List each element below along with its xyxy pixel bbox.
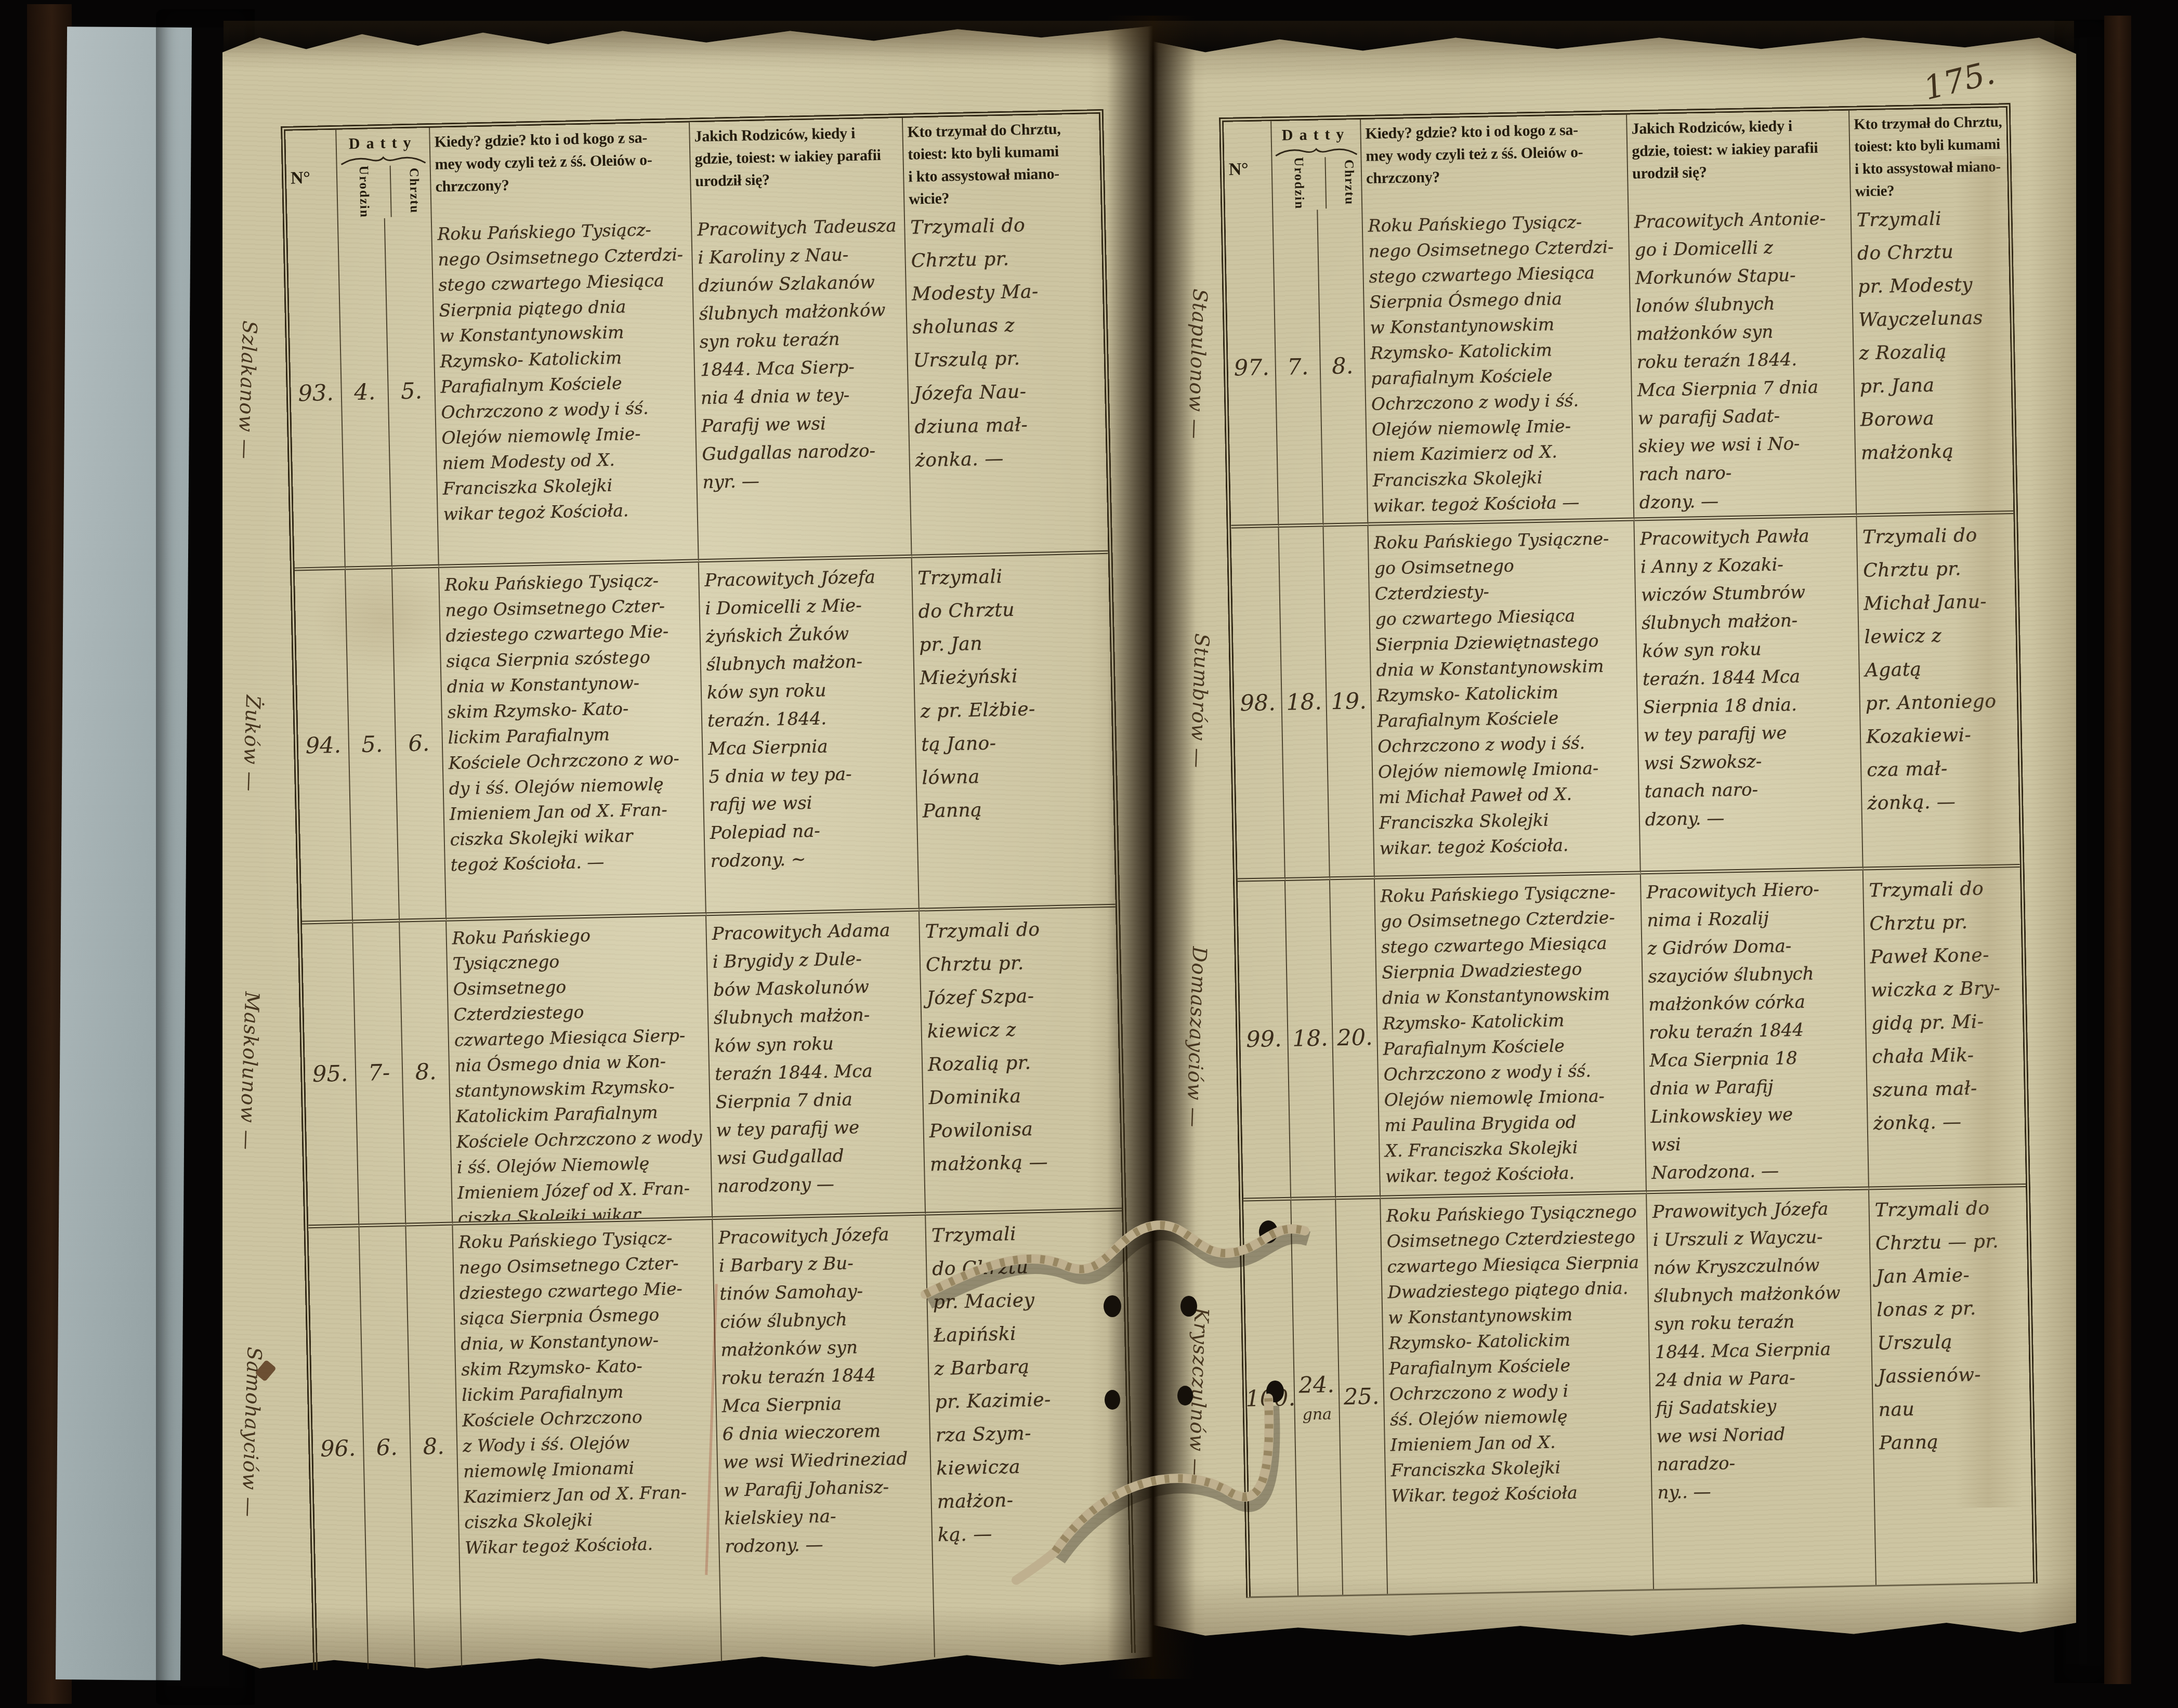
entry-number: 93. <box>298 380 334 406</box>
baptism-date: 8. <box>1332 353 1354 379</box>
subcol-urodzin: Urodzin <box>337 166 392 218</box>
entry-100-baptism-cell: Roku Pańskiego Tysiącznego Osimsetnego C… <box>1381 1194 1654 1594</box>
birth-date: 6. <box>376 1435 398 1461</box>
parents-record-text: Pracowitych Pawła i Anny z Kozaki- wiczó… <box>1640 521 1857 834</box>
entry-93-birth-cell: 4. <box>338 218 392 570</box>
baptism-date: 8. <box>415 1059 437 1085</box>
godparents-record-text: Trzymali do Chrztu — pr. Jan Amie- lonas… <box>1874 1191 2025 1460</box>
entry-99-parents-cell: Pracowitych Hiero- nima i Rozalij z Gidr… <box>1641 871 1869 1194</box>
baptism-record-text: Roku Pańskiego Tysiącz- nego Osimsetnego… <box>437 216 692 527</box>
baptism-record-text: Roku Pańskiego Tysiącz- nego Osimsetnego… <box>1368 208 1628 519</box>
header-godparents-col: Kto trzymał do Chrztu, toiest: kto byli … <box>1849 108 2008 200</box>
entry-94-parents-cell: Pracowitych Józefa i Domicelli z Mie- ży… <box>699 558 920 916</box>
baptism-record-text: Roku Pańskiego Tysiącz- nego Osimsetnego… <box>458 1224 714 1560</box>
entry-93-godparents-cell: Trzymali do Chrztu pr. Modesty Ma- sholu… <box>905 203 1108 558</box>
header-baptism-col: Kiedy? gdzie? kto i od kogo z sa- mey wo… <box>1361 115 1629 209</box>
header-urodzin-label: Urodzin <box>352 165 376 218</box>
baptism-date: 25. <box>1344 1384 1380 1410</box>
entry-number: 97. <box>1234 354 1269 381</box>
header-parents-col: Jakich Rodziców, kiedy i gdzie, toiest: … <box>690 118 905 212</box>
entry-100-parents-cell: Prawowitych Józefa i Urszuli z Wayczu- n… <box>1647 1190 1877 1589</box>
entry-95-parents-cell: Pracowitych Adama i Brygidy z Dule- bów … <box>706 912 926 1220</box>
entry-95-baptism-cell: Roku Pańskiego Tysiącznego Osimsetnego C… <box>447 916 713 1225</box>
right-register-table: N° Datty Urodzin Chrztu Kiedy? gdzie? kt… <box>1219 103 2038 1598</box>
header-datty-label: Datty <box>348 132 417 155</box>
birth-date: 7- <box>368 1060 390 1086</box>
header-no-label: N° <box>291 166 333 190</box>
entry-97-birth-cell: 7. <box>1273 210 1323 528</box>
header-no-label: N° <box>1228 157 1267 180</box>
entry-94-number-cell: 94. <box>295 570 353 925</box>
entry-96-number-cell: 96. <box>308 1227 369 1670</box>
header-no: N° <box>285 130 338 220</box>
header-urodzin-label: Urodzin <box>1287 157 1310 210</box>
header-parents-text: Jakich Rodziców, kiedy i gdzie, toiest: … <box>694 121 899 192</box>
entry-99-baptism-cell: Roku Pańskiego Tysiączne- go Osimsetnego… <box>1375 874 1647 1199</box>
entry-100-godparents-cell: Trzymali do Chrztu — pr. Jan Amie- lonas… <box>1869 1187 2033 1585</box>
entry-98-parents-cell: Pracowitych Pawła i Anny z Kozaki- wiczó… <box>1634 517 1863 875</box>
parents-record-text: Pracowitych Hiero- nima i Rozalij z Gidr… <box>1646 875 1863 1187</box>
register-scan: 175. N° Datty Urodzin Chrztu Kiedy? gdzi… <box>0 0 2178 1708</box>
subcol-urodzin: Urodzin <box>1272 157 1327 209</box>
datty-brace-icon <box>1274 145 1359 158</box>
entry-96-baptism-cell: Roku Pańskiego Tysiącz- nego Osimsetnego… <box>453 1220 722 1667</box>
header-baptism-text: Kiedy? gdzie? kto i od kogo z sa- mey wo… <box>1365 118 1623 190</box>
birth-date: 5. <box>361 731 383 758</box>
datty-subcolumns: Urodzin Chrztu <box>337 165 431 218</box>
entry-94-baptism-cell: Roku Pańskiego Tysiącz- nego Osimsetnego… <box>439 562 706 921</box>
entry-93-baptism-cell: Roku Pańskiego Tysiącz- nego Osimsetnego… <box>432 212 699 568</box>
entry-99-birth-cell: 18. <box>1285 880 1336 1200</box>
header-parents-text: Jakich Rodziców, kiedy i gdzie, toiest: … <box>1631 114 1845 185</box>
entry-96-parents-cell: Pracowitych Józefa i Barbary z Bu- tinów… <box>713 1215 935 1661</box>
entry-98-number-cell: 98. <box>1231 528 1285 882</box>
birth-date: 7. <box>1287 353 1309 380</box>
birth-date: 18. <box>1292 1025 1328 1052</box>
entry-96-birth-cell: 6. <box>359 1226 415 1669</box>
birth-date: 18. <box>1286 689 1322 715</box>
godparents-record-text: Trzymali do Chrztu pr. Modesty Ma- sholu… <box>910 207 1101 477</box>
entry-97-number-cell: 97. <box>1225 211 1279 529</box>
entry-97-godparents-cell: Trzymali do Chrztu pr. Modesty Wayczelun… <box>1851 197 2013 517</box>
godparents-record-text: Trzymali do Chrztu pr. Modesty Wayczelun… <box>1856 201 2007 470</box>
header-godparents-text: Kto trzymał do Chrztu, toiest: kto byli … <box>1854 111 2003 200</box>
entry-number: 95. <box>312 1061 348 1087</box>
entry-98-baptism-date-cell: 19. <box>1323 526 1374 880</box>
baptism-date: 20. <box>1337 1024 1373 1051</box>
entry-97-baptism-cell: Roku Pańskiego Tysiącz- nego Osimsetnego… <box>1362 204 1634 526</box>
parents-record-text: Pracowitych Antonie- go i Domicelli z Mo… <box>1634 204 1851 517</box>
entry-98-godparents-cell: Trzymali do Chrztu pr. Michał Janu- lewi… <box>1857 514 2019 870</box>
entry-99-number-cell: 99. <box>1238 881 1291 1202</box>
header-chrztu-label: Chrztu <box>1337 159 1361 205</box>
godparents-record-text: Trzymali do Chrztu pr. Jan Mieżyński z p… <box>917 558 1109 828</box>
binding-cord <box>993 1170 1326 1617</box>
header-godparents-col: Kto trzymał do Chrztu, toiest: kto byli … <box>903 114 1101 207</box>
entry-96-baptism-date-cell: 8. <box>406 1226 462 1668</box>
subcol-chrztu: Chrztu <box>391 165 432 217</box>
header-no: N° <box>1224 121 1273 212</box>
entry-93-parents-cell: Pracowitych Tadeusza i Karoliny z Nau- d… <box>692 207 912 562</box>
parents-record-text: Pracowitych Józefa i Barbary z Bu- tinów… <box>718 1220 926 1561</box>
header-baptism-text: Kiedy? gdzie? kto i od kogo z sa- mey wo… <box>434 126 686 198</box>
header-baptism-col: Kiedy? gdzie? kto i od kogo z sa- mey wo… <box>430 123 691 217</box>
entry-94-godparents-cell: Trzymali do Chrztu pr. Jan Mieżyński z p… <box>912 554 1116 912</box>
baptism-record-text: Roku Pańskiego Tysiącznego Osimsetnego C… <box>1386 1198 1646 1508</box>
entry-number: 96. <box>320 1436 356 1462</box>
entry-97-parents-cell: Pracowitych Antonie- go i Domicelli z Mo… <box>1629 200 1857 521</box>
subcol-chrztu: Chrztu <box>1326 156 1362 209</box>
entry-number: 99. <box>1246 1026 1282 1053</box>
header-datty: Datty Urodzin Chrztu <box>1271 120 1362 211</box>
parents-record-text: Pracowitych Tadeusza i Karoliny z Nau- d… <box>697 212 904 496</box>
baptism-date: 6. <box>408 730 430 757</box>
parents-record-text: Pracowitych Adama i Brygidy z Dule- bów … <box>712 916 919 1201</box>
entry-93-number-cell: 93. <box>287 219 346 571</box>
baptism-date: 5. <box>401 378 423 404</box>
header-godparents-text: Kto trzymał do Chrztu, toiest: kto byli … <box>907 117 1097 207</box>
baptism-record-text: Roku Pańskiego Tysiącznego Osimsetnego C… <box>452 920 707 1225</box>
entry-number: 94. <box>305 732 341 758</box>
baptism-record-text: Roku Pańskiego Tysiączne- go Osimsetnego… <box>1380 879 1641 1189</box>
godparents-record-text: Trzymali do Chrztu pr. Józef Szpa- kiewi… <box>925 912 1116 1181</box>
entry-95-number-cell: 95. <box>302 923 359 1228</box>
entry-95-birth-cell: 7- <box>353 923 406 1228</box>
entry-98-baptism-cell: Roku Pańskiego Tysiączne- go Osimsetnego… <box>1368 521 1641 879</box>
birth-date: 4. <box>354 379 376 405</box>
entry-94-baptism-date-cell: 6. <box>392 568 447 923</box>
parents-record-text: Prawowitych Józefa i Urszuli z Wayczu- n… <box>1652 1194 1869 1507</box>
baptism-date: 8. <box>423 1434 444 1460</box>
entry-number: 98. <box>1240 690 1276 716</box>
book-cover-right-edge <box>2104 16 2131 1684</box>
godparents-record-text: Trzymali do Chrztu pr. Michał Janu- lewi… <box>1862 518 2014 820</box>
entry-99-baptism-date-cell: 20. <box>1330 879 1381 1200</box>
parents-record-text: Pracowitych Józefa i Domicelli z Mie- ży… <box>704 562 912 875</box>
entry-93-baptism-date-cell: 5. <box>385 217 439 569</box>
godparents-record-text: Trzymali do Chrztu pr. Paweł Kone- wiczk… <box>1869 872 2019 1140</box>
header-datty-label: Datty <box>1281 123 1350 146</box>
baptism-date: 19. <box>1331 688 1367 714</box>
entry-94-birth-cell: 5. <box>346 569 400 924</box>
header-parents-col: Jakich Rodziców, kiedy i gdzie, toiest: … <box>1627 111 1851 204</box>
entry-95-baptism-date-cell: 8. <box>400 922 453 1227</box>
header-chrztu-label: Chrztu <box>402 168 426 214</box>
datty-subcolumns: Urodzin Chrztu <box>1272 156 1361 209</box>
baptism-record-text: Roku Pańskiego Tysiączne- go Osimsetnego… <box>1374 525 1635 861</box>
entry-100-baptism-date-cell: 25. <box>1336 1199 1388 1595</box>
header-datty: Datty Urodzin Chrztu <box>336 128 432 219</box>
baptism-record-text: Roku Pańskiego Tysiącz- nego Osimsetnego… <box>444 567 699 878</box>
entry-99-godparents-cell: Trzymali do Chrztu pr. Paweł Kone- wiczk… <box>1864 868 2026 1190</box>
entry-98-birth-cell: 18. <box>1279 527 1330 881</box>
entry-97-baptism-date-cell: 8. <box>1318 209 1368 527</box>
